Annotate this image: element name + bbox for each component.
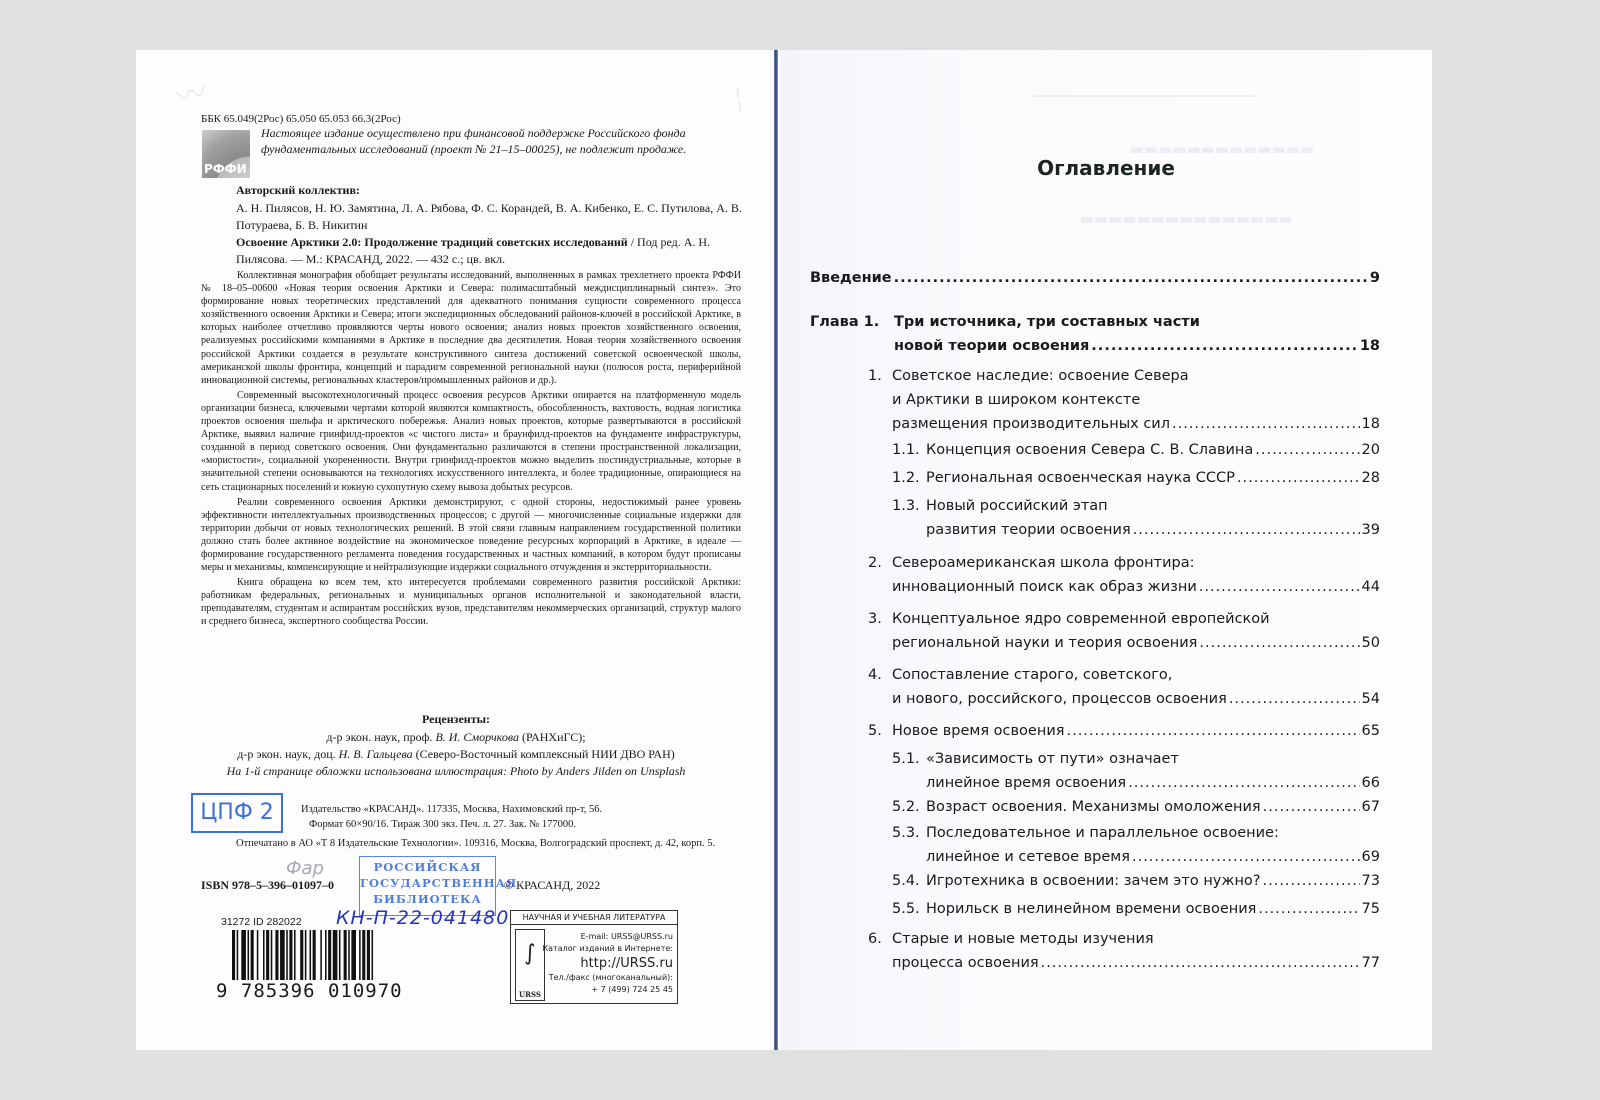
urss-email: E-mail: URSS@URSS.ru bbox=[542, 931, 673, 943]
toc-leader-dots bbox=[1199, 579, 1360, 595]
toc-entry-number: 2. bbox=[868, 555, 882, 571]
toc-page-number: 67 bbox=[1362, 799, 1380, 815]
toc-entry-title: Старые и новые методы изучения bbox=[892, 931, 1154, 947]
toc-entry-line: Советское наследие: освоение Севера bbox=[892, 368, 1380, 392]
reviewer: д-р экон. наук, доц. Н. В. Гальцева (Сев… bbox=[136, 746, 776, 763]
toc-entry[interactable]: 5.2.Возраст освоения. Механизмы омоложен… bbox=[810, 799, 1380, 823]
toc-entry-number: 5.1. bbox=[892, 751, 920, 767]
toc-entry-line: инновационный поиск как образ жизни44 bbox=[892, 579, 1380, 603]
publisher-info: Издательство «КРАСАНД». 117335, Москва, … bbox=[301, 802, 602, 832]
urss-phone-label: Тел./факс (многоканальный): bbox=[542, 972, 673, 984]
printer-info: Отпечатано в АО «Т 8 Издательские Технол… bbox=[236, 838, 715, 849]
toc-entry-line: Новое время освоения65 bbox=[892, 723, 1380, 747]
toc-entry-title: Советское наследие: освоение Севера bbox=[892, 368, 1189, 384]
handwritten-shelfmark: КН-П-22-041480 bbox=[336, 907, 509, 929]
reviewers-heading: Рецензенты: bbox=[136, 712, 776, 727]
toc-leader-dots bbox=[1128, 775, 1359, 791]
toc-leader-dots bbox=[1263, 873, 1360, 889]
urss-catalog-label: Каталог изданий в Интернете: bbox=[542, 943, 673, 955]
abstract-paragraph: Коллективная монография обобщает результ… bbox=[201, 269, 741, 387]
toc-entry-line: и Арктики в широком контексте bbox=[892, 392, 1380, 416]
toc-entry-line: линейное время освоения66 bbox=[926, 775, 1380, 799]
toc-entry-title: Новый российский этап bbox=[926, 498, 1108, 514]
barcode-id: 31272 ID 282022 bbox=[221, 916, 302, 928]
toc-entry-line: Региональная освоенческая наука СССР28 bbox=[926, 470, 1380, 494]
toc-entry-line: Новый российский этап bbox=[926, 498, 1380, 522]
toc-entry[interactable]: Глава 1.Три источника, три составных час… bbox=[810, 314, 1380, 362]
toc-entry-line: региональной науки и теория освоения50 bbox=[892, 635, 1380, 659]
toc-entry-title: размещения производительных сил bbox=[892, 416, 1170, 432]
urss-logo-icon: ∫URSS bbox=[515, 929, 545, 1001]
cpf-stamp: ЦПФ 2 bbox=[191, 793, 283, 833]
toc-entry-title: Концепция освоения Севера С. В. Славина bbox=[926, 442, 1253, 458]
reviewer: д-р экон. наук, проф. В. И. Сморчкова (Р… bbox=[136, 729, 776, 746]
toc-leader-dots bbox=[1066, 723, 1359, 739]
urss-url: http://URSS.ru bbox=[542, 955, 673, 972]
toc-entry[interactable]: 5.3.Последовательное и параллельное осво… bbox=[810, 825, 1380, 873]
toc-entry-number: 1.3. bbox=[892, 498, 920, 514]
toc-entry-title: и Арктики в широком контексте bbox=[892, 392, 1140, 408]
funding-note: Настоящее издание осуществлено при финан… bbox=[261, 125, 741, 157]
toc-page-number: 28 bbox=[1362, 470, 1380, 486]
urss-phone: + 7 (499) 724 25 45 bbox=[542, 984, 673, 996]
toc-entry-line: размещения производительных сил18 bbox=[892, 416, 1380, 440]
toc-page-number: 66 bbox=[1362, 775, 1380, 791]
toc-entry[interactable]: 1.2.Региональная освоенческая наука СССР… bbox=[810, 470, 1380, 494]
toc-entry-title: процесса освоения bbox=[892, 955, 1039, 971]
toc-entry-title: региональной науки и теория освоения bbox=[892, 635, 1197, 651]
barcode-digits: 9 785396 010970 bbox=[216, 980, 403, 1002]
toc-entry[interactable]: 5.4.Игротехника в освоении: зачем это ну… bbox=[810, 873, 1380, 897]
toc-page-number: 65 bbox=[1362, 723, 1380, 739]
cover-illustration-note: На 1-й странице обложки использована илл… bbox=[136, 764, 776, 779]
toc-entry-title: и нового, российского, процессов освоени… bbox=[892, 691, 1227, 707]
toc-entry-number: 5.2. bbox=[892, 799, 920, 815]
book-title: Освоение Арктики 2.0: Продолжение традиц… bbox=[236, 235, 628, 249]
toc-entry-title: линейное и сетевое время bbox=[926, 849, 1130, 865]
toc-entry-number: 4. bbox=[868, 667, 882, 683]
urss-title: НАУЧНАЯ И УЧЕБНАЯ ЛИТЕРАТУРА bbox=[511, 911, 677, 925]
toc-page-number: 9 bbox=[1370, 270, 1380, 286]
toc-title: Оглавление bbox=[780, 156, 1432, 180]
toc-entry-title: Последовательное и параллельное освоение… bbox=[926, 825, 1279, 841]
urss-contacts: E-mail: URSS@URSS.ru Каталог изданий в И… bbox=[542, 931, 673, 996]
toc-entry-number: 6. bbox=[868, 931, 882, 947]
toc-leader-dots bbox=[1041, 955, 1360, 971]
handwritten-mark: Фар bbox=[286, 858, 324, 879]
toc-entry-number: 1.2. bbox=[892, 470, 920, 486]
toc-entry-line: новой теории освоения18 bbox=[894, 338, 1380, 362]
toc-leader-dots bbox=[894, 270, 1368, 286]
toc-entry-title: Возраст освоения. Механизмы омоложения bbox=[926, 799, 1261, 815]
toc-entry[interactable]: 5.Новое время освоения65 bbox=[810, 723, 1380, 747]
toc-entry[interactable]: 5.5.Норильск в нелинейном времени освоен… bbox=[810, 901, 1380, 925]
rffi-logo: РФФИ bbox=[202, 130, 250, 178]
toc-entry-number: 5.5. bbox=[892, 901, 920, 917]
toc-page: ━━━━━━━━━━━━━━━━━━━━━━━━━━━━━━━━━━ ▬▬▬▬▬… bbox=[780, 50, 1432, 1050]
toc-entry[interactable]: 2.Североамериканская школа фронтира:инно… bbox=[810, 555, 1380, 603]
toc-entry-title: Концептуальное ядро современной европейс… bbox=[892, 611, 1270, 627]
toc-leader-dots bbox=[1237, 470, 1360, 486]
toc-leader-dots bbox=[1229, 691, 1360, 707]
toc-leader-dots bbox=[1258, 901, 1359, 917]
toc-entry-title: Сопоставление старого, советского, bbox=[892, 667, 1172, 683]
toc-entry-title: Норильск в нелинейном времени освоения bbox=[926, 901, 1256, 917]
reviewers-list: д-р экон. наук, проф. В. И. Сморчкова (Р… bbox=[136, 729, 776, 763]
toc-entry-number: Глава 1. bbox=[810, 314, 879, 330]
toc-entry-line: Сопоставление старого, советского, bbox=[892, 667, 1380, 691]
toc-page-number: 75 bbox=[1362, 901, 1380, 917]
toc-entry-line: Возраст освоения. Механизмы омоложения67 bbox=[926, 799, 1380, 823]
toc-leader-dots bbox=[1091, 338, 1358, 354]
pencil-marks-corner: ~~ bbox=[728, 85, 751, 115]
pencil-marks: 〰 bbox=[172, 67, 210, 116]
rffi-logo-text: РФФИ bbox=[204, 162, 247, 176]
bbk-classification: ББК 65.049(2Рос) 65.050 65.053 66.3(2Рос… bbox=[201, 113, 401, 125]
toc-entry[interactable]: 1.3.Новый российский этапразвития теории… bbox=[810, 498, 1380, 546]
toc-leader-dots bbox=[1199, 635, 1359, 651]
toc-entry-number: 5.3. bbox=[892, 825, 920, 841]
toc-entry-line: Три источника, три составных части bbox=[894, 314, 1380, 338]
toc-entry-line: Последовательное и параллельное освоение… bbox=[926, 825, 1380, 849]
toc-entry-title: развития теории освоения bbox=[926, 522, 1131, 538]
toc-page-number: 54 bbox=[1362, 691, 1380, 707]
toc-entry-title: Три источника, три составных части bbox=[894, 314, 1200, 330]
toc-entry-number: 5. bbox=[868, 723, 882, 739]
toc-entry-line: Концептуальное ядро современной европейс… bbox=[892, 611, 1380, 635]
toc-entry-line: процесса освоения77 bbox=[892, 955, 1380, 979]
abstract-paragraph: Современный высокотехнологичный процесс … bbox=[201, 389, 741, 494]
toc-page-number: 39 bbox=[1362, 522, 1380, 538]
toc-entry-title: линейное время освоения bbox=[926, 775, 1126, 791]
toc-page-number: 18 bbox=[1362, 416, 1380, 432]
toc-leader-dots bbox=[1133, 522, 1360, 538]
toc-entry-number: 3. bbox=[868, 611, 882, 627]
toc-entry[interactable]: 3.Концептуальное ядро современной европе… bbox=[810, 611, 1380, 659]
toc-page-number: 77 bbox=[1362, 955, 1380, 971]
abstract-paragraph: Книга обращена ко всем тем, кто интересу… bbox=[201, 576, 741, 628]
book-spread: 〰 ~~ ББК 65.049(2Рос) 65.050 65.053 66.3… bbox=[136, 50, 1432, 1050]
toc-entry-number: 1. bbox=[868, 368, 882, 384]
isbn: ISBN 978–5–396–01097–0 bbox=[201, 878, 334, 893]
toc-entry-title: инновационный поиск как образ жизни bbox=[892, 579, 1197, 595]
toc-entry-title: «Зависимость от пути» означает bbox=[926, 751, 1179, 767]
toc-entry-title: Североамериканская школа фронтира: bbox=[892, 555, 1195, 571]
toc-entry-line: Старые и новые методы изучения bbox=[892, 931, 1380, 955]
book-spine bbox=[774, 50, 778, 1050]
show-through-text: ━━━━━━━━━━━━━━━━━━━━━━━━━━━━━━━━━━ bbox=[1030, 90, 1255, 103]
toc-entry-number: 5.4. bbox=[892, 873, 920, 889]
toc-entry[interactable]: 6.Старые и новые методы изученияпроцесса… bbox=[810, 931, 1380, 979]
toc-entry-line: Введение9 bbox=[810, 270, 1380, 294]
toc-entry[interactable]: Введение9 bbox=[810, 270, 1380, 294]
copyright: © КРАСАНД, 2022 bbox=[504, 878, 600, 893]
toc-entry-line: Концепция освоения Севера С. В. Славина2… bbox=[926, 442, 1380, 466]
imprint-page: 〰 ~~ ББК 65.049(2Рос) 65.050 65.053 66.3… bbox=[136, 50, 776, 1050]
toc-entry-line: Норильск в нелинейном времени освоения75 bbox=[926, 901, 1380, 925]
toc-entry-line: Североамериканская школа фронтира: bbox=[892, 555, 1380, 579]
urss-publisher-box: НАУЧНАЯ И УЧЕБНАЯ ЛИТЕРАТУРА ∫URSS E-mai… bbox=[510, 910, 678, 1004]
toc-page-number: 18 bbox=[1360, 338, 1380, 354]
toc-entry-line: Игротехника в освоении: зачем это нужно?… bbox=[926, 873, 1380, 897]
toc-entry-title: новой теории освоения bbox=[894, 338, 1089, 354]
barcode-icon bbox=[232, 930, 422, 987]
abstract-paragraph: Реалии современного освоения Арктики дем… bbox=[201, 496, 741, 575]
toc-entry-title: Региональная освоенческая наука СССР bbox=[926, 470, 1235, 486]
toc-entry-title: Новое время освоения bbox=[892, 723, 1064, 739]
abstract: Коллективная монография обобщает результ… bbox=[201, 269, 741, 631]
authors-list: А. Н. Пилясов, Н. Ю. Замятина, Л. А. Ряб… bbox=[236, 200, 756, 234]
toc-entry-line: «Зависимость от пути» означает bbox=[926, 751, 1380, 775]
toc-leader-dots bbox=[1172, 416, 1360, 432]
toc-entry-line: и нового, российского, процессов освоени… bbox=[892, 691, 1380, 715]
toc-page-number: 50 bbox=[1362, 635, 1380, 651]
toc-entry-line: линейное и сетевое время69 bbox=[926, 849, 1380, 873]
toc-leader-dots bbox=[1263, 799, 1360, 815]
toc-entry[interactable]: 4.Сопоставление старого, советского,и но… bbox=[810, 667, 1380, 715]
toc-entry[interactable]: 1.1.Концепция освоения Севера С. В. Слав… bbox=[810, 442, 1380, 466]
show-through-text: ▬▬▬▬▬▬▬▬▬▬▬▬▬▬▬ bbox=[1080, 210, 1293, 228]
toc-page-number: 69 bbox=[1362, 849, 1380, 865]
toc-entry-line: развития теории освоения39 bbox=[926, 522, 1380, 546]
toc-leader-dots bbox=[1255, 442, 1359, 458]
toc-page-number: 44 bbox=[1362, 579, 1380, 595]
toc-entry-title: Введение bbox=[810, 270, 892, 286]
bibliographic-citation: Освоение Арктики 2.0: Продолжение традиц… bbox=[236, 234, 756, 268]
toc-page-number: 20 bbox=[1362, 442, 1380, 458]
toc-entry-title: Игротехника в освоении: зачем это нужно? bbox=[926, 873, 1261, 889]
toc-entry-number: 1.1. bbox=[892, 442, 920, 458]
toc-entry[interactable]: 1.Советское наследие: освоение Севераи А… bbox=[810, 368, 1380, 440]
authors-heading: Авторский коллектив: bbox=[236, 183, 360, 198]
toc-entry[interactable]: 5.1.«Зависимость от пути» означаетлинейн… bbox=[810, 751, 1380, 799]
toc-leader-dots bbox=[1132, 849, 1360, 865]
toc-page-number: 73 bbox=[1362, 873, 1380, 889]
